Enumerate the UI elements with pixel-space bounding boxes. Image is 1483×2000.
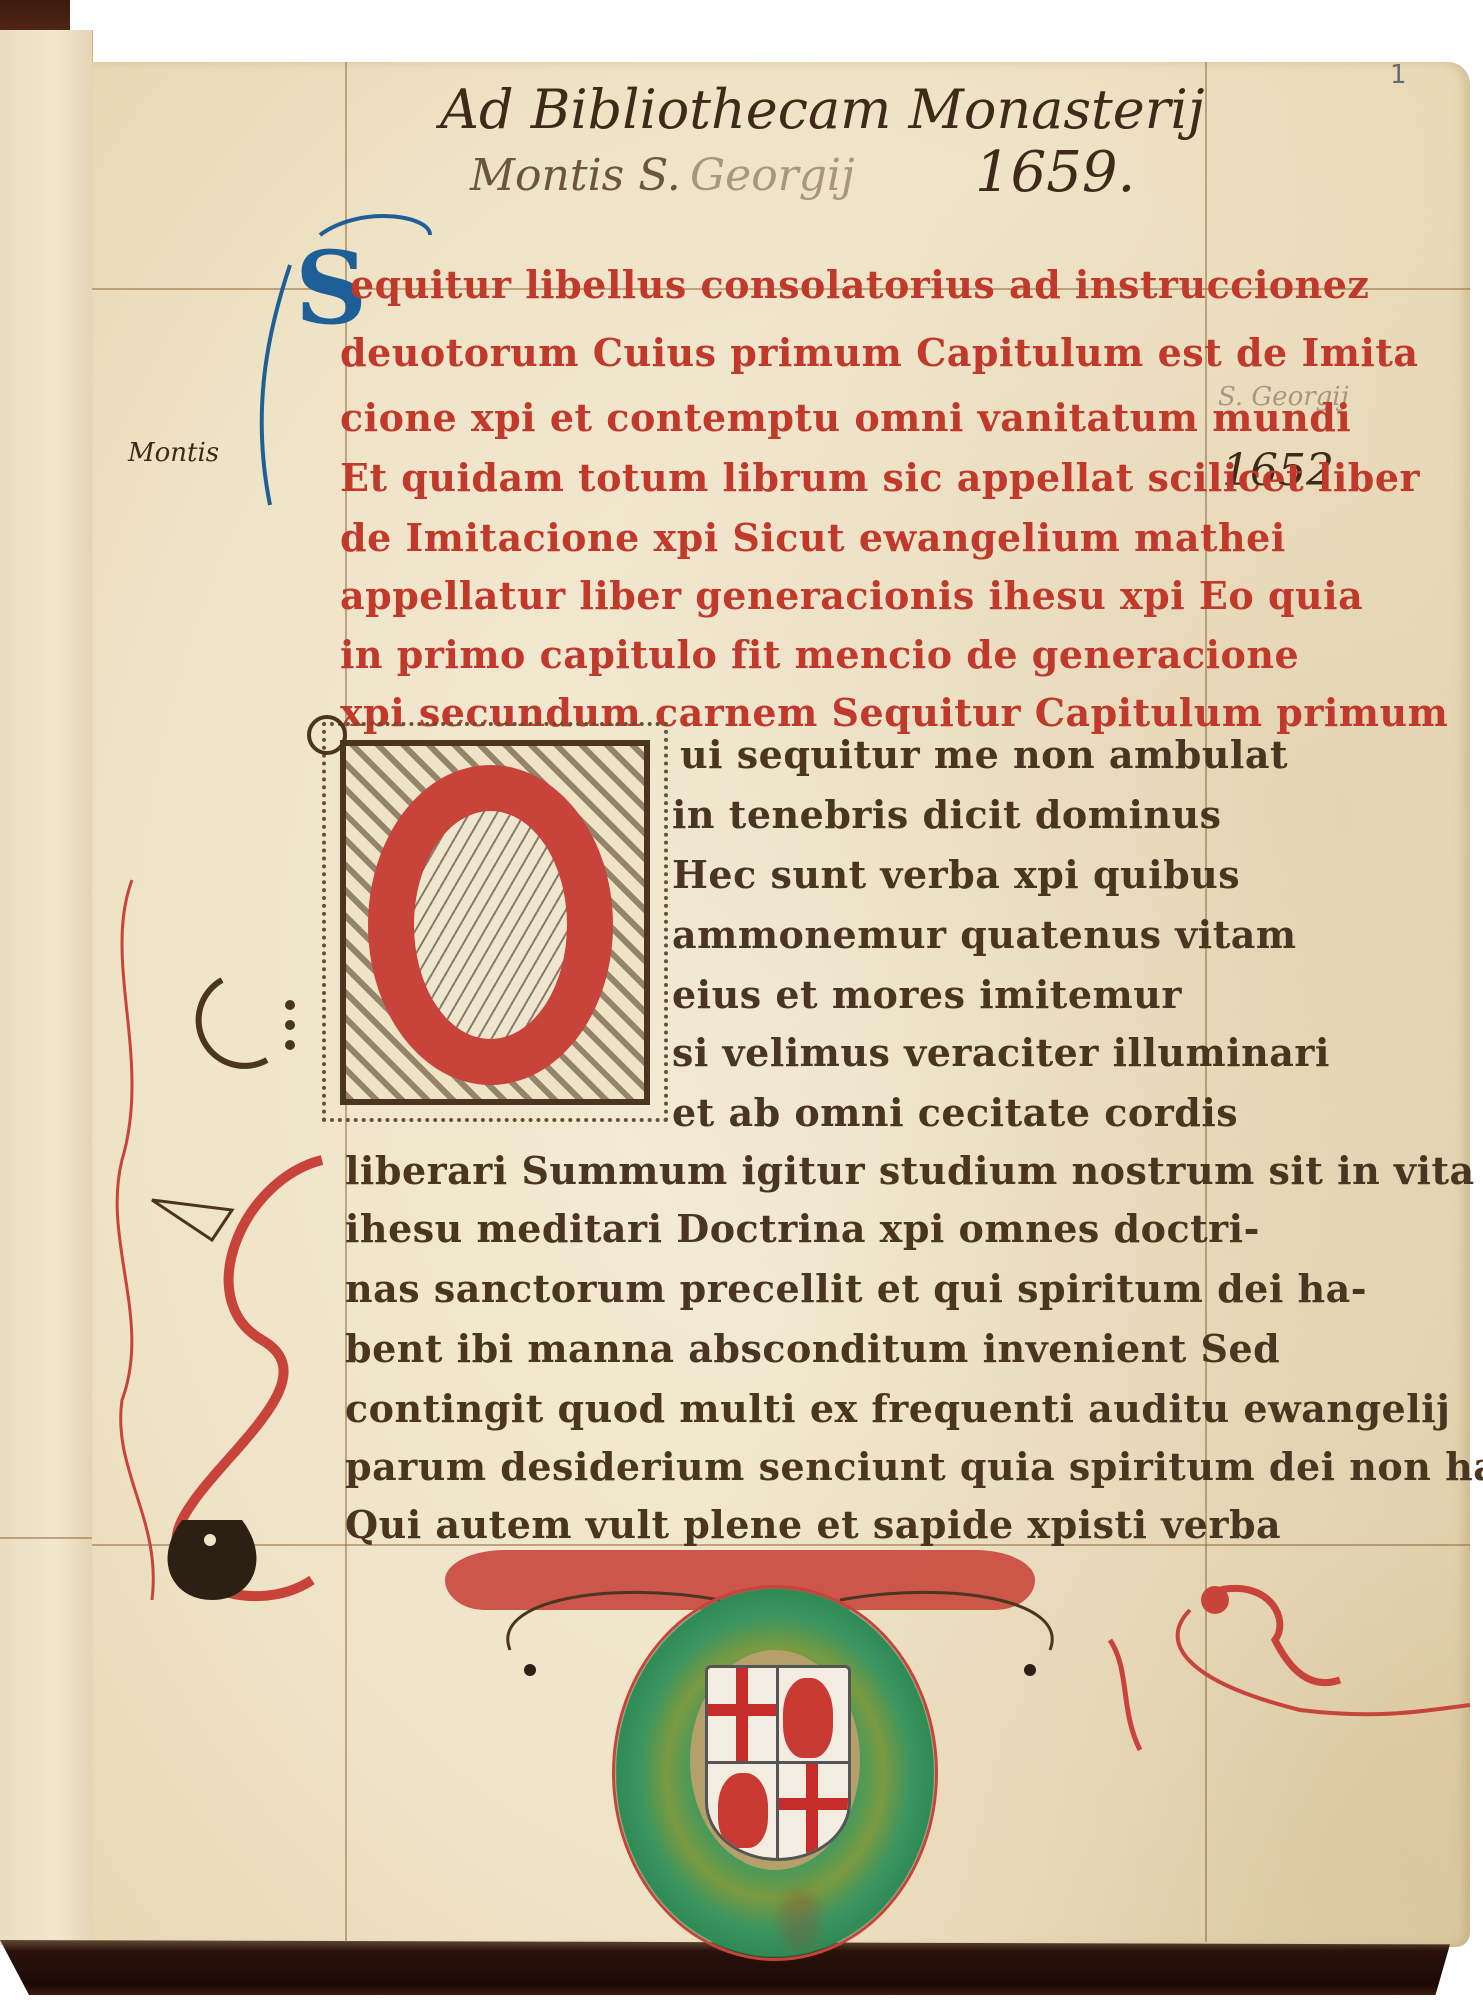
q-initial-text: Q	[0, 0, 1, 1]
q-initial-tail	[460, 1040, 530, 1080]
ruling-verso	[0, 1537, 92, 1539]
body-line: bent ibi manna absconditum invenient Sed	[345, 1326, 1280, 1371]
folio-number: 1	[1390, 60, 1407, 90]
q-initial-letter	[368, 765, 613, 1085]
bird-icon	[783, 1678, 833, 1758]
body-line: contingit quod multi ex frequenti auditu…	[345, 1386, 1450, 1431]
rubric-line: deuotorum Cuius primum Capitulum est de …	[340, 330, 1419, 375]
margin-penwork-icon	[92, 640, 352, 1640]
body-line: Qui autem vult plene et sapide xpisti ve…	[345, 1502, 1281, 1547]
body-line: si velimus veraciter illuminari	[672, 1030, 1330, 1075]
body-line: Hec sunt verba xpi quibus	[672, 852, 1240, 897]
ownership-note-montis: Montis S.	[470, 150, 681, 201]
ownership-note-line1: Ad Bibliothecam Monasterij	[440, 78, 1205, 141]
margin-note-left: Montis	[128, 438, 219, 468]
rubric-line: de Imitacione xpi Sicut ewangelium mathe…	[340, 515, 1286, 560]
body-line: liberari Summum igitur studium nostrum s…	[345, 1148, 1475, 1193]
rubric-line: Et quidam totum librum sic appellat scil…	[340, 455, 1420, 500]
body-line: in tenebris dicit dominus	[672, 792, 1222, 837]
ownership-note-faded: Georgij	[690, 150, 855, 201]
verso-page-edge	[0, 30, 93, 1945]
body-line: ihesu meditari Doctrina xpi omnes doctri…	[345, 1206, 1260, 1251]
ink-stain	[780, 1890, 820, 1950]
body-line: parum desiderium senciunt quia spiritum …	[345, 1444, 1483, 1489]
red-flourish-icon	[1100, 1580, 1480, 1780]
body-line: eius et mores imitemur	[672, 972, 1182, 1017]
rubric-line: equitur libellus consolatorius ad instru…	[350, 262, 1370, 307]
rubric-line: appellatur liber generacionis ihesu xpi …	[340, 573, 1363, 618]
bird-icon	[718, 1773, 768, 1848]
body-line: ammonemur quatenus vitam	[672, 912, 1297, 957]
body-line: et ab omni cecitate cordis	[672, 1090, 1238, 1135]
rubric-line: in primo capitulo fit mencio de generaci…	[340, 632, 1299, 677]
coat-of-arms-shield	[705, 1665, 851, 1861]
body-line: ui sequitur me non ambulat	[680, 732, 1288, 777]
rubric-line: cione xpi et contemptu omni vanitatum mu…	[340, 395, 1351, 440]
body-line: nas sanctorum precellit et qui spiritum …	[345, 1266, 1367, 1311]
ownership-note-year: 1659.	[975, 140, 1135, 205]
